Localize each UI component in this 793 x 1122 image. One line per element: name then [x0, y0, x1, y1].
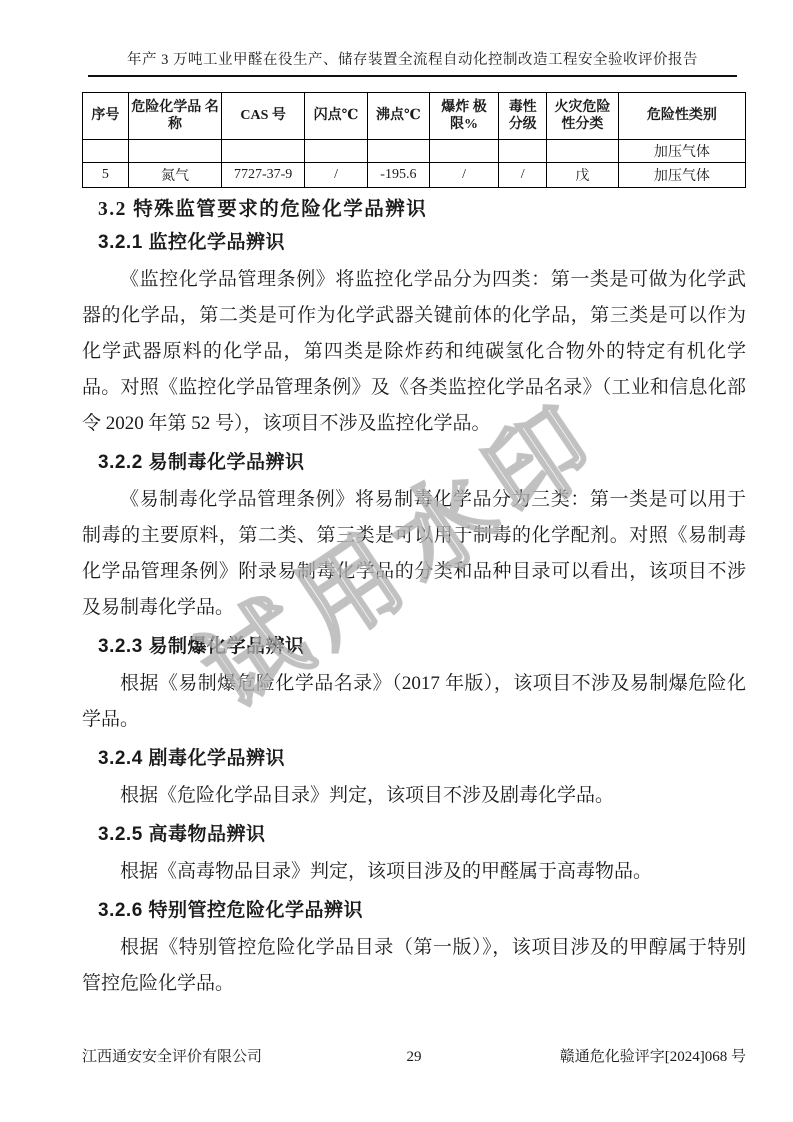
page-header: 年产 3 万吨工业甲醛在役生产、储存装置全流程自动化控制改造工程安全验收评价报告 — [88, 0, 737, 77]
table-header-cell: CAS 号 — [222, 93, 305, 140]
footer-page-number: 29 — [407, 1046, 422, 1068]
table-header-cell: 序号 — [83, 93, 129, 140]
table-header-row: 序号危险化学品 名称CAS 号闪点℃沸点℃爆炸 极限%毒性 分级火灾危险 性分类… — [83, 93, 746, 140]
section-heading: 3.2.3 易制爆化学品辨识 — [82, 636, 746, 658]
table-cell: / — [429, 163, 499, 188]
table-header-cell: 沸点℃ — [368, 93, 430, 140]
section-heading: 3.2.6 特别管控危险化学品辨识 — [82, 900, 746, 922]
table-cell: 戊 — [547, 163, 619, 188]
table-cell: / — [499, 163, 547, 188]
table-cell — [305, 140, 368, 163]
table-cell: 氮气 — [128, 163, 221, 188]
section-heading: 3.2.4 剧毒化学品辨识 — [82, 748, 746, 770]
footer-doc-number: 赣通危化验评字[2024]068 号 — [422, 1046, 747, 1068]
section-paragraph: 根据《易制爆危险化学品名录》（2017 年版），该项目不涉及易制爆危险化学品。 — [82, 666, 746, 738]
content-area: 序号危险化学品 名称CAS 号闪点℃沸点℃爆炸 极限%毒性 分级火灾危险 性分类… — [82, 76, 746, 1002]
table-cell: 加压气体 — [618, 140, 745, 163]
hazardous-chemicals-table: 序号危险化学品 名称CAS 号闪点℃沸点℃爆炸 极限%毒性 分级火灾危险 性分类… — [82, 92, 746, 188]
table-header-cell: 火灾危险 性分类 — [547, 93, 619, 140]
section-paragraph: 根据《特别管控危险化学品目录（第一版）》，该项目涉及的甲醇属于特别管控危险化学品… — [82, 930, 746, 1002]
section-heading: 3.2.2 易制毒化学品辨识 — [82, 452, 746, 474]
table-cell — [429, 140, 499, 163]
table-cell: -195.6 — [368, 163, 430, 188]
table-cell — [83, 140, 129, 163]
section-heading: 3.2.5 高毒物品辨识 — [82, 824, 746, 846]
table-row: 加压气体 — [83, 140, 746, 163]
section-paragraph: 根据《危险化学品目录》判定，该项目不涉及剧毒化学品。 — [82, 778, 746, 814]
table-row: 5氮气7727-37-9/-195.6//戊加压气体 — [83, 163, 746, 188]
page-footer: 江西通安安全评价有限公司 29 赣通危化验评字[2024]068 号 — [82, 1046, 746, 1068]
table-cell — [368, 140, 430, 163]
header-title: 年产 3 万吨工业甲醛在役生产、储存装置全流程自动化控制改造工程安全验收评价报告 — [88, 48, 737, 69]
section-heading: 3.2 特殊监管要求的危险化学品辨识 — [82, 198, 746, 222]
table-cell: / — [305, 163, 368, 188]
section-paragraph: 根据《高毒物品目录》判定，该项目涉及的甲醛属于高毒物品。 — [82, 854, 746, 890]
table-cell: 加压气体 — [618, 163, 745, 188]
footer-company: 江西通安安全评价有限公司 — [82, 1046, 407, 1068]
table-cell — [547, 140, 619, 163]
table-cell — [222, 140, 305, 163]
table-cell — [128, 140, 221, 163]
table-cell — [499, 140, 547, 163]
document-page: 试用水印 年产 3 万吨工业甲醛在役生产、储存装置全流程自动化控制改造工程安全验… — [0, 0, 793, 1122]
table-header-cell: 危险化学品 名称 — [128, 93, 221, 140]
table-cell: 5 — [83, 163, 129, 188]
table-cell: 7727-37-9 — [222, 163, 305, 188]
section-heading: 3.2.1 监控化学品辨识 — [82, 232, 746, 254]
sections-container: 3.2 特殊监管要求的危险化学品辨识3.2.1 监控化学品辨识《监控化学品管理条… — [82, 198, 746, 1002]
section-paragraph: 《监控化学品管理条例》将监控化学品分为四类：第一类是可做为化学武器的化学品，第二… — [82, 262, 746, 442]
table-header-cell: 危险性类别 — [618, 93, 745, 140]
table-header-cell: 毒性 分级 — [499, 93, 547, 140]
table-header-cell: 爆炸 极限% — [429, 93, 499, 140]
table-header-cell: 闪点℃ — [305, 93, 368, 140]
section-paragraph: 《易制毒化学品管理条例》将易制毒化学品分为三类：第一类是可以用于制毒的主要原料，… — [82, 482, 746, 626]
